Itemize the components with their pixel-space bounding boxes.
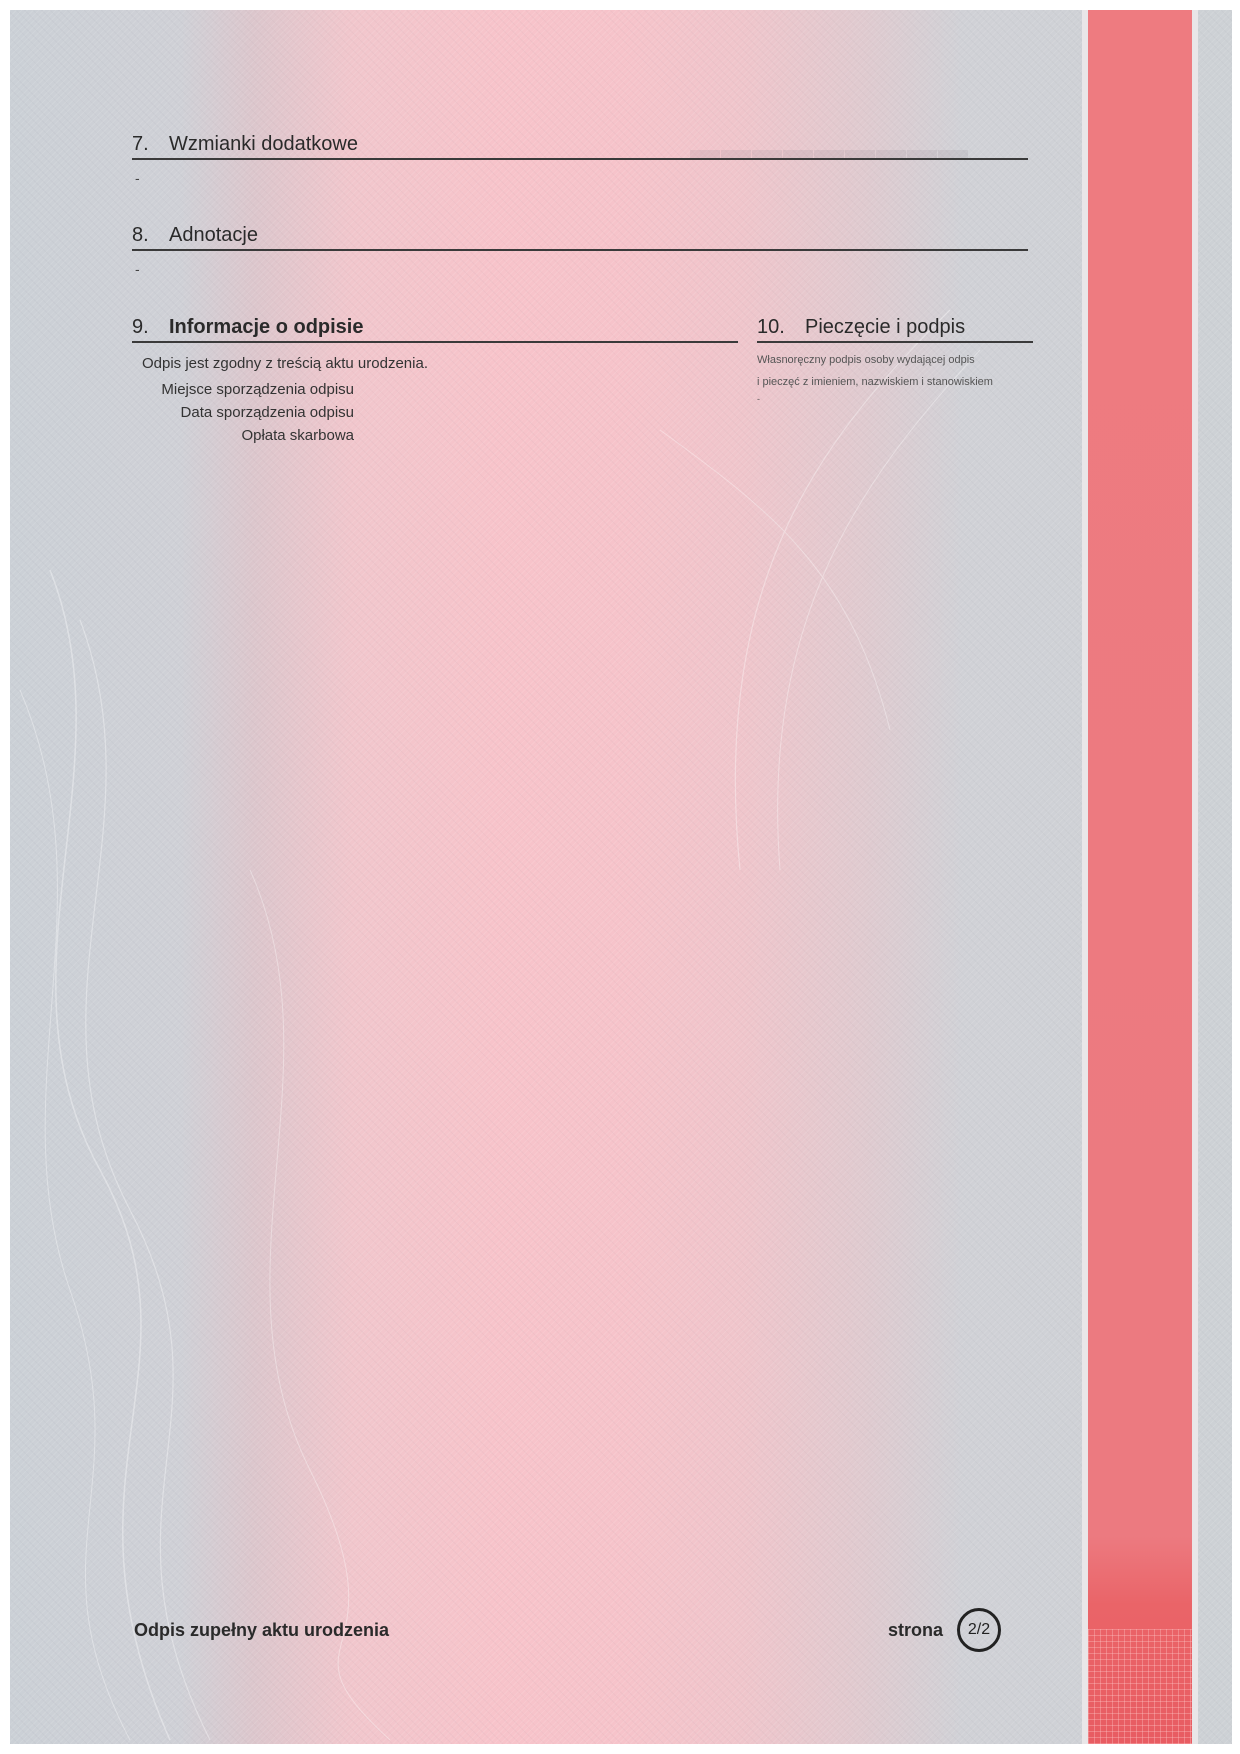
label-stamp-duty: Opłata skarbowa xyxy=(132,424,354,447)
section-9-heading: 9. Informacje o odpisie xyxy=(132,316,738,343)
document-title: Odpis zupełny aktu urodzenia xyxy=(134,1620,389,1641)
section-8-number: 8. xyxy=(132,224,169,247)
section-7-value: - xyxy=(135,170,1028,186)
section-9-title: Informacje o odpisie xyxy=(169,316,363,339)
section-10-number: 10. xyxy=(757,316,805,339)
signature-instruction-line-1: Własnoręczny podpis osoby wydającej odpi… xyxy=(757,349,1033,371)
label-place-of-issue: Miejsce sporządzenia odpisu xyxy=(132,378,354,401)
section-10: 10. Pieczęcie i podpis Własnoręczny podp… xyxy=(757,316,1033,405)
label-date-of-issue: Data sporządzenia odpisu xyxy=(132,401,354,424)
page-number-badge: 2/2 xyxy=(957,1608,1001,1652)
section-9-labels: Miejsce sporządzenia odpisu Data sporząd… xyxy=(132,378,354,447)
section-7-heading: 7. Wzmianki dodatkowe xyxy=(132,133,1028,160)
section-10-instructions: Własnoręczny podpis osoby wydającej odpi… xyxy=(757,349,1033,405)
section-9-statement: Odpis jest zgodny z treścią aktu urodzen… xyxy=(142,355,738,372)
section-8-heading: 8. Adnotacje xyxy=(132,224,1028,251)
page-label: strona xyxy=(888,1620,943,1641)
section-7: 7. Wzmianki dodatkowe - xyxy=(132,133,1028,186)
stripe-divider-right xyxy=(1192,10,1198,1744)
section-8-title: Adnotacje xyxy=(169,224,258,247)
section-9-number: 9. xyxy=(132,316,169,339)
red-security-stripe xyxy=(1088,10,1192,1744)
section-7-title: Wzmianki dodatkowe xyxy=(169,133,358,156)
section-10-title: Pieczęcie i podpis xyxy=(805,316,965,339)
signature-instruction-line-2: i pieczęć z imieniem, nazwiskiem i stano… xyxy=(757,371,1033,393)
page-number: 2/2 xyxy=(968,1621,990,1639)
decorative-wave-lines xyxy=(10,570,430,1740)
section-10-heading: 10. Pieczęcie i podpis xyxy=(757,316,1033,343)
section-7-number: 7. xyxy=(132,133,169,156)
section-8: 8. Adnotacje - xyxy=(132,224,1028,277)
page-indicator: strona 2/2 xyxy=(888,1608,1001,1652)
section-10-value: - xyxy=(757,393,1033,405)
section-8-value: - xyxy=(135,261,1028,277)
section-9: 9. Informacje o odpisie Odpis jest zgodn… xyxy=(132,316,738,447)
